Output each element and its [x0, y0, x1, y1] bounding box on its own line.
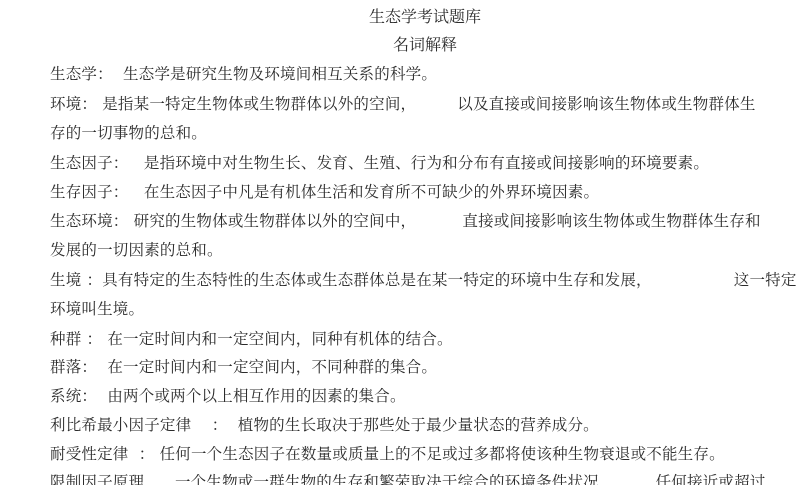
document-page: 生态学考试题库 名词解释 生态学： 生态学是研究生物及环境间相互关系的科学。 环… — [0, 0, 800, 485]
definition-ecology: 生态学： 生态学是研究生物及环境间相互关系的科学。 — [50, 64, 437, 84]
definition-habitat-line-1: 生境 ：具有特定的生态特性的生态体或生态群体总是在某一特定的环境中生存和发展， … — [50, 270, 797, 290]
definition-population: 种群 ： 在一定时间内和一定空间内，同种有机体的结合。 — [50, 329, 453, 349]
definition-liebig-law: 利比希最小因子定律 ： 植物的生长取决于那些处于最少量状态的营养成分。 — [50, 415, 599, 435]
definition-habitat-line-2: 环境叫生境。 — [50, 299, 144, 319]
definition-limiting-factor-partial: 限制因子原理 一个生物或一群生物的生存和繁荣取决于综合的环境条件状况， 任何接近… — [50, 472, 765, 485]
document-title: 生态学考试题库 — [25, 7, 800, 27]
definition-survival-factor: 生存因子： 在生态因子中凡是有机体生活和发育所不可缺少的外界环境因素。 — [50, 182, 599, 202]
section-heading: 名词解释 — [25, 35, 800, 55]
definition-environment-line-2: 存的一切事物的总和。 — [50, 123, 207, 143]
definition-system: 系统： 由两个或两个以上相互作用的因素的集合。 — [50, 386, 406, 406]
definition-community: 群落： 在一定时间内和一定空间内，不同种群的集合。 — [50, 357, 437, 377]
definition-ecological-environment-line-2: 发展的一切因素的总和。 — [50, 240, 223, 260]
definition-ecological-factor: 生态因子： 是指环境中对生物生长、发育、生殖、行为和分布有直接或间接影响的环境要… — [50, 153, 709, 173]
definition-environment-line-1: 环境： 是指某一特定生物体或生物群体以外的空间， 以及直接或间接影响该生物体或生… — [50, 94, 756, 114]
definition-tolerance-law: 耐受性定律 ： 任何一个生态因子在数量或质量上的不足或过多都将使该种生物衰退或不… — [50, 444, 725, 464]
definition-ecological-environment-line-1: 生态环境： 研究的生物体或生物群体以外的空间中， 直接或间接影响该生物体或生物群… — [50, 211, 761, 231]
